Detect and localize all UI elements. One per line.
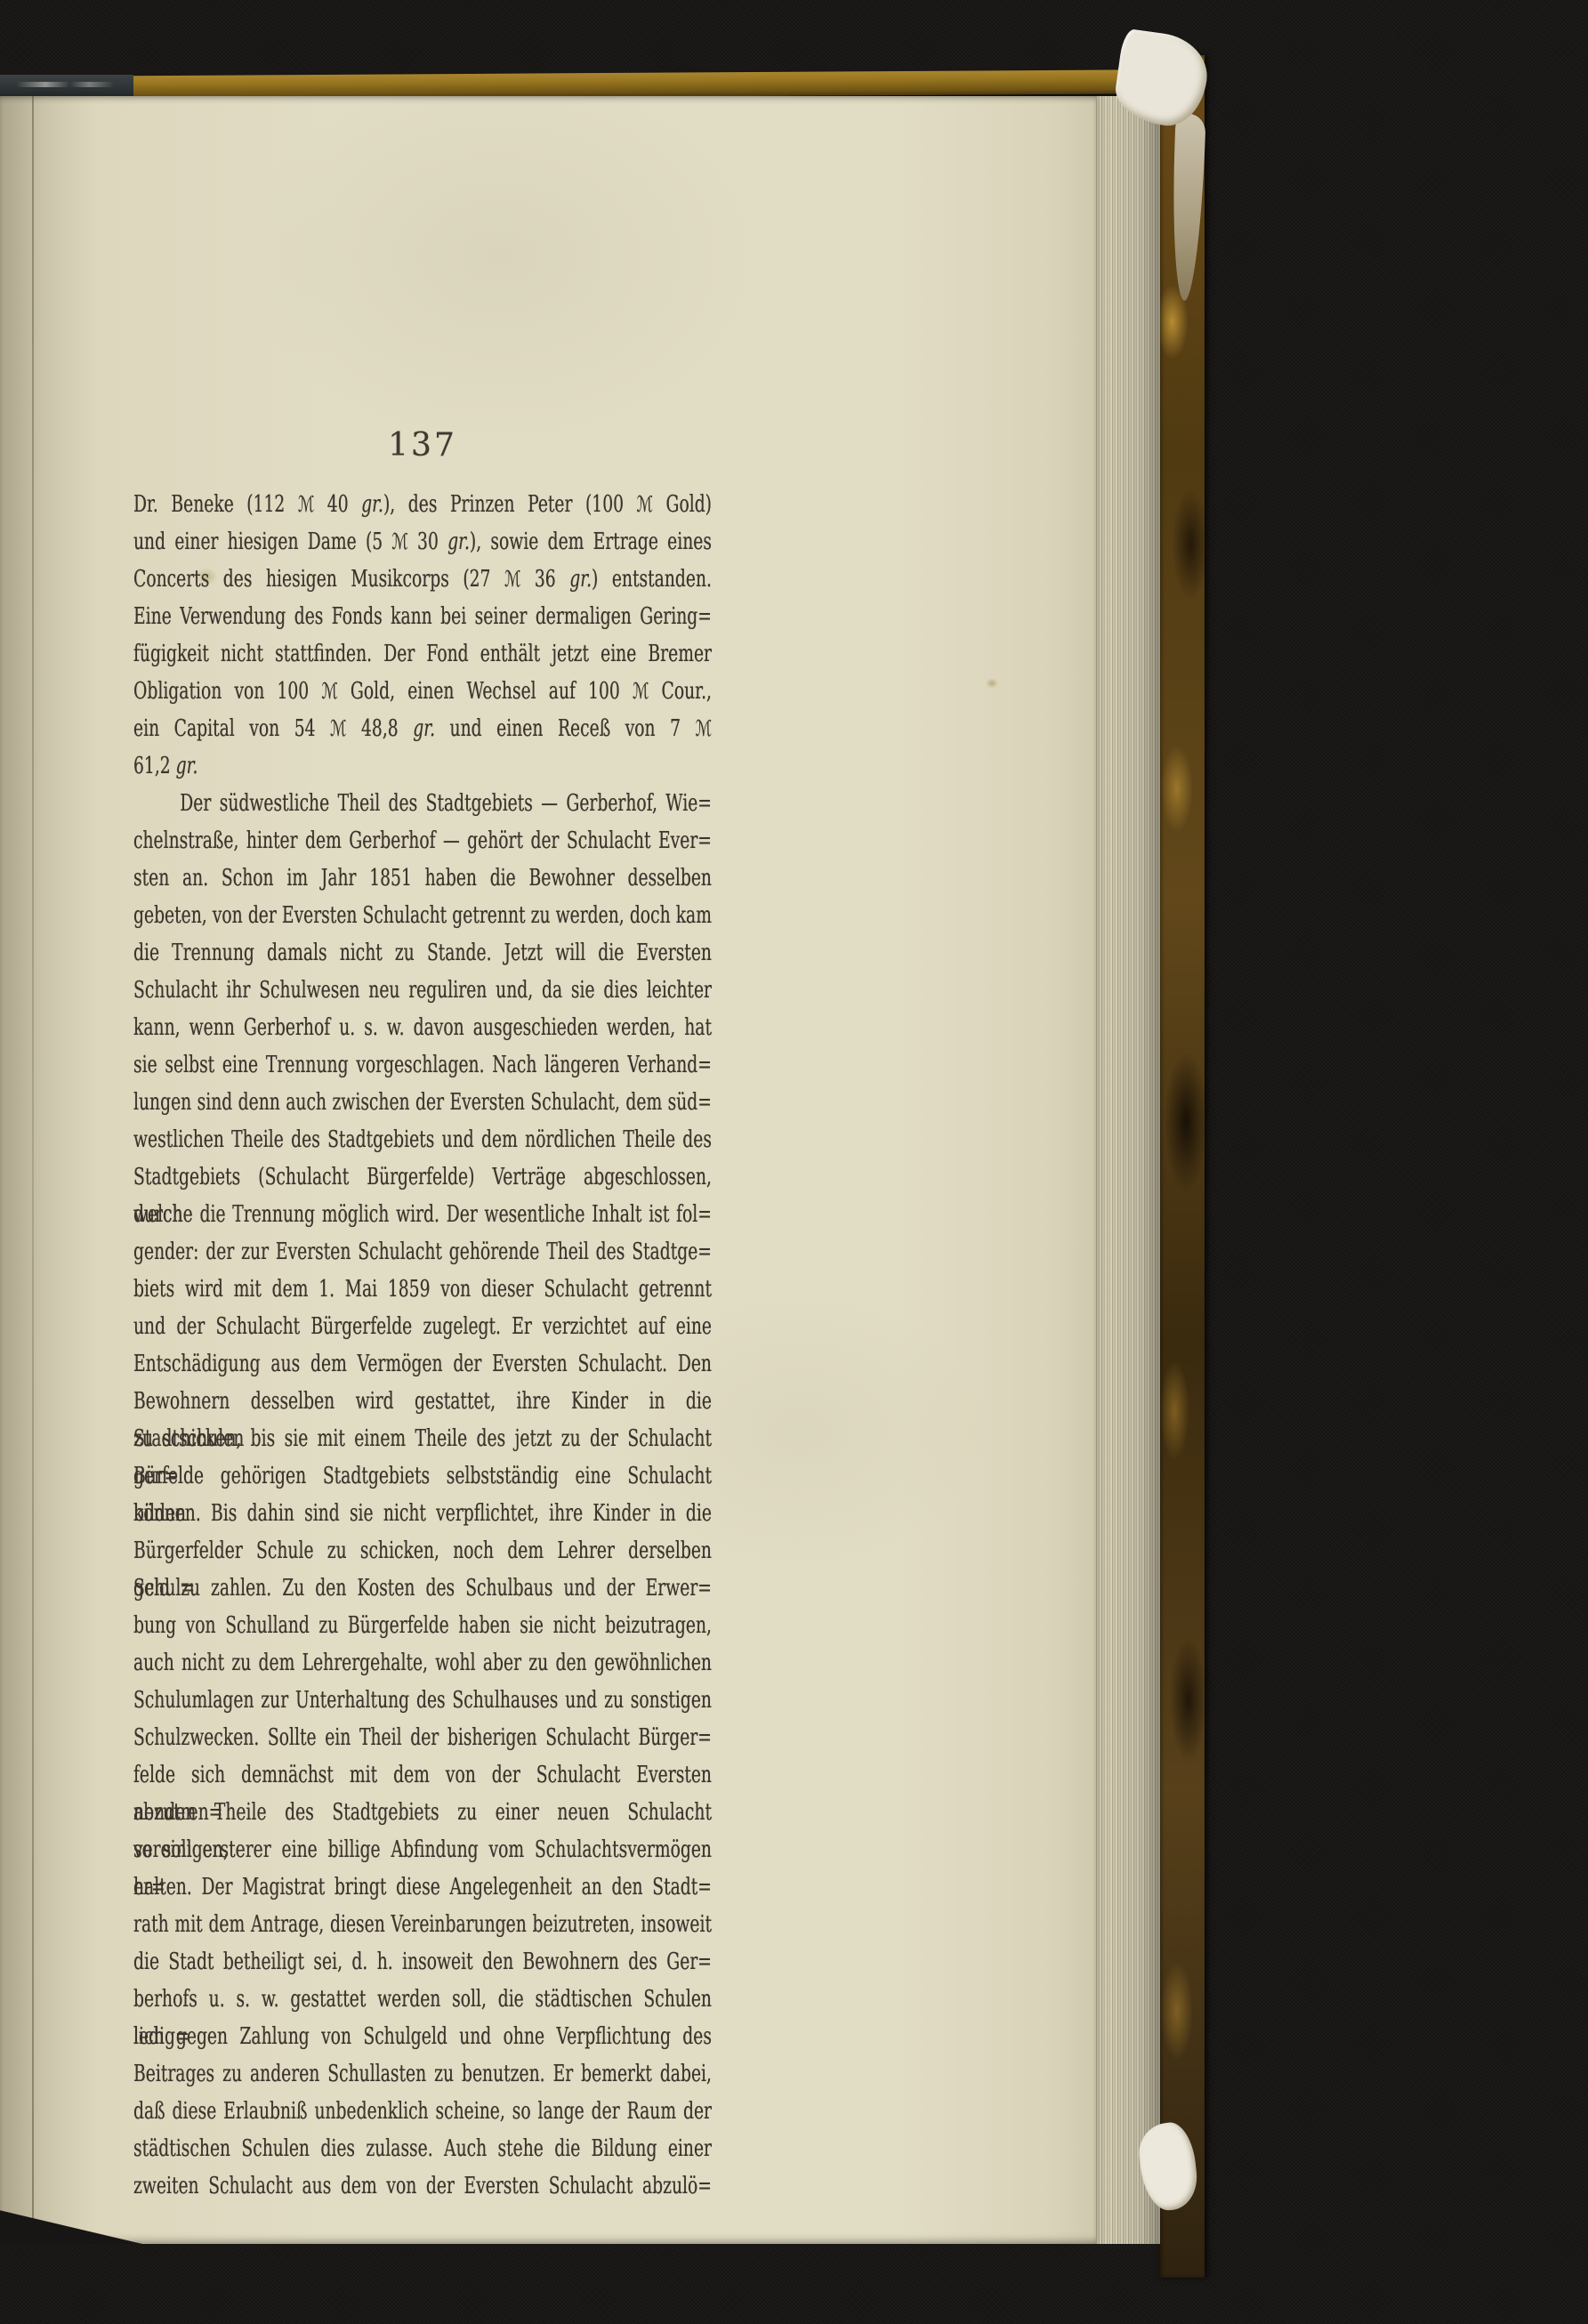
text-line: fügigkeit nicht stattfinden. Der Fond en… [133, 635, 712, 673]
text-line: rath mit dem Antrage, diesen Vereinbarun… [133, 1906, 712, 1943]
text-line: nenden Theile des Stadtgebiets zu einer … [133, 1794, 712, 1831]
text-line: biets wird mit dem 1. Mai 1859 von diese… [133, 1271, 712, 1308]
text-line: Concerts des hiesigen Musikcorps (27 ℳ 3… [133, 561, 712, 598]
text-block: Dr. Beneke (112 ℳ 40 gr.), des Prinzen P… [133, 486, 712, 2205]
text-line: und einer hiesigen Dame (5 ℳ 30 gr.), so… [133, 523, 712, 561]
text-line: sten an. Schon im Jahr 1851 haben die Be… [133, 859, 712, 897]
gutter-shadow [0, 96, 98, 2244]
text-line: Dr. Beneke (112 ℳ 40 gr.), des Prinzen P… [133, 486, 712, 523]
text-line: halten. Der Magistrat bringt diese Angel… [133, 1868, 712, 1906]
book-cover-right-marbled-edge [1158, 55, 1205, 2278]
text-line: städtischen Schulen dies zulasse. Auch s… [133, 2130, 712, 2167]
text-line: Eine Verwendung des Fonds kann bei seine… [133, 598, 712, 635]
text-line: gerfelde gehörigen Stadtgebiets selbstst… [133, 1457, 712, 1495]
grote-abbrev: gr. [413, 714, 435, 742]
currency-mark-symbol: ℳ [633, 678, 649, 704]
text-line: Schulzwecken. Sollte ein Theil der bishe… [133, 1719, 712, 1756]
grote-abbrev: gr. [361, 490, 383, 518]
text-line: und der Schulacht Bürgerfelde zugelegt. … [133, 1308, 712, 1345]
scan-background: { "page": { "number": "137", "currency_s… [0, 0, 1588, 2324]
text-line: Beitrages zu anderen Schullasten zu benu… [133, 2055, 712, 2093]
text-line: felde sich demnächst mit dem von der Sch… [133, 1756, 712, 1794]
currency-mark-symbol: ℳ [321, 678, 337, 704]
text-line: gebeten, von der Eversten Schulacht getr… [133, 897, 712, 934]
text-line: ein Capital von 54 ℳ 48,8 gr. und einen … [133, 710, 712, 747]
text-line: lungen sind denn auch zwischen der Evers… [133, 1084, 712, 1121]
text-line: westlichen Theile des Stadtgebiets und d… [133, 1121, 712, 1158]
text-line: auch nicht zu dem Lehrergehalte, wohl ab… [133, 1644, 712, 1682]
text-line: die Trennung damals nicht zu Stande. Jet… [133, 934, 712, 972]
text-line: kann, wenn Gerberhof u. s. w. davon ausg… [133, 1009, 712, 1046]
text-line: 61,2 gr. [133, 747, 712, 785]
grote-abbrev: gr. [176, 752, 198, 779]
text-line: sie selbst eine Trennung vorgeschlagen. … [133, 1046, 712, 1084]
text-line: Bewohnern desselben wird gestattet, ihre… [133, 1383, 712, 1420]
text-line: Der südwestliche Theil des Stadtgebiets … [133, 785, 712, 822]
page-crease [32, 96, 34, 2244]
text-line: Schulacht ihr Schulwesen neu reguliren u… [133, 972, 712, 1009]
text-line: zweiten Schulacht aus dem von der Everst… [133, 2167, 712, 2205]
text-line: so soll ersterer eine billige Abfindung … [133, 1831, 712, 1868]
book-page: 137 Dr. Beneke (112 ℳ 40 gr.), des Prinz… [0, 96, 1096, 2244]
currency-mark-symbol: ℳ [637, 491, 653, 517]
page-stack-fore-edge [1094, 96, 1160, 2244]
text-line: Obligation von 100 ℳ Gold, einen Wechsel… [133, 673, 712, 710]
text-line: die Stadt betheiligt sei, d. h. insoweit… [133, 1943, 712, 1981]
text-line: Schulumlagen zur Unterhaltung des Schulh… [133, 1682, 712, 1719]
currency-mark-symbol: ℳ [391, 529, 407, 554]
text-line: bung von Schulland zu Bürgerfelde haben … [133, 1607, 712, 1644]
text-line: geld zu zahlen. Zu den Kosten des Schulb… [133, 1570, 712, 1607]
text-line: Entschädigung aus dem Vermögen der Evers… [133, 1345, 712, 1383]
currency-mark-symbol: ℳ [504, 566, 520, 592]
text-line: welche die Trennung möglich wird. Der we… [133, 1196, 712, 1233]
text-line: chelnstraße, hinter dem Gerberhof — gehö… [133, 822, 712, 859]
currency-mark-symbol: ℳ [696, 715, 712, 741]
text-line: Bürgerfelder Schule zu schicken, noch de… [133, 1532, 712, 1570]
text-line: zu schicken, bis sie mit einem Theile de… [133, 1420, 712, 1457]
page-number: 137 [133, 427, 712, 464]
text-line: können. Bis dahin sind sie nicht verpfli… [133, 1495, 712, 1532]
text-line: daß diese Erlaubniß unbedenklich scheine… [133, 2093, 712, 2130]
currency-mark-symbol: ℳ [298, 491, 314, 517]
text-line: berhofs u. s. w. gestattet werden soll, … [133, 1981, 712, 2018]
text-line: gender: der zur Eversten Schulacht gehör… [133, 1233, 712, 1271]
grote-abbrev: gr. [569, 565, 592, 593]
currency-mark-symbol: ℳ [330, 715, 346, 741]
text-line: Stadtgebiets (Schulacht Bürgerfelde) Ver… [133, 1158, 712, 1196]
grote-abbrev: gr. [447, 528, 470, 555]
text-line: lich gegen Zahlung von Schulgeld und ohn… [133, 2018, 712, 2055]
